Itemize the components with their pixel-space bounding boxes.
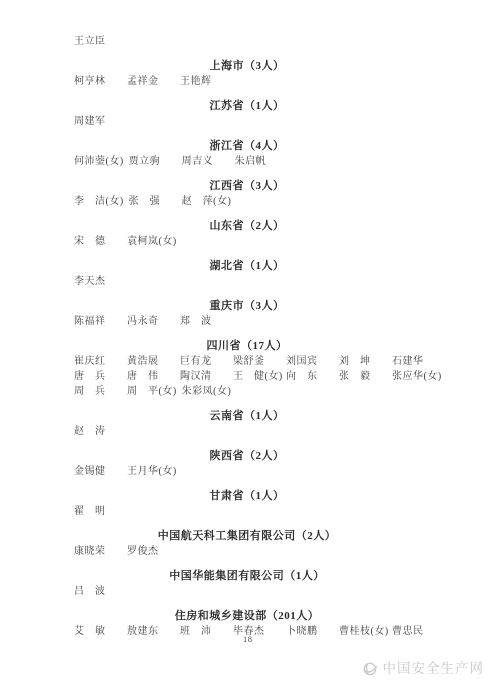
- person-name: 张 强: [129, 196, 177, 208]
- name-row: 李天杰: [74, 276, 420, 288]
- province-section: 重庆市（3人）陈福祥冯永奇郑 波: [74, 300, 420, 328]
- province-section: 湖北省（1人）李天杰: [74, 260, 420, 288]
- province-section: 江苏省（1人）周建军: [74, 100, 420, 128]
- person-name: 周 兵: [74, 386, 122, 398]
- person-name: 艾 敏: [74, 626, 122, 638]
- person-name: 卜晓鹏: [286, 626, 334, 638]
- person-name: 刘国宾: [286, 356, 334, 368]
- person-name: 袁柯岚(女): [127, 236, 177, 248]
- person-name: 唐 兵: [74, 371, 122, 383]
- province-section: 上海市（3人）柯亨林孟祥金王艳辉: [74, 60, 420, 88]
- person-name: 柯亨林: [74, 76, 122, 88]
- person-name: 刘 坤: [339, 356, 387, 368]
- province-section: 甘肃省（1人）翟 明: [74, 490, 420, 518]
- person-name: 王立臣: [74, 36, 122, 48]
- province-section: 陕西省（2人）金锡健王月华(女): [74, 450, 420, 478]
- person-name: 张 毅: [339, 371, 387, 383]
- section-heading: 住房和城乡建设部（201人）: [74, 610, 420, 623]
- person-name: 贾立驹: [129, 156, 177, 168]
- person-name: 黄浩展: [127, 356, 175, 368]
- section-heading: 中国华能集团有限公司（1人）: [74, 570, 420, 583]
- person-name: 赵 涛: [74, 426, 122, 438]
- province-section: 中国华能集团有限公司（1人）吕 波: [74, 570, 420, 598]
- person-name: 朱彩凤(女): [182, 386, 232, 398]
- province-section: 浙江省（4人）何沛蓥(女)贾立驹周吉义朱启帆: [74, 140, 420, 168]
- person-name: 班 沛: [180, 626, 228, 638]
- name-row: 宋 德袁柯岚(女): [74, 236, 420, 248]
- section-heading: 陕西省（2人）: [74, 450, 420, 463]
- person-name: 李 洁(女): [74, 196, 124, 208]
- province-section: 中国航天科工集团有限公司（2人）康晓荣罗俊杰: [74, 530, 420, 558]
- person-name: 毕春杰: [233, 626, 281, 638]
- name-row: 康晓荣罗俊杰: [74, 546, 420, 558]
- name-row: 吕 波: [74, 586, 420, 598]
- province-section: 云南省（1人）赵 涛: [74, 410, 420, 438]
- name-row: 赵 涛: [74, 426, 420, 438]
- section-heading: 四川省（17人）: [74, 340, 420, 353]
- section-heading: 重庆市（3人）: [74, 300, 420, 313]
- person-name: 郑 波: [180, 316, 228, 328]
- name-row: 翟 明: [74, 506, 420, 518]
- person-name: 张应华(女): [392, 371, 440, 383]
- person-name: 李天杰: [74, 276, 122, 288]
- person-name: 陶汉清: [180, 371, 228, 383]
- person-name: 向 东: [286, 371, 334, 383]
- person-name: 赵 萍(女): [182, 196, 232, 208]
- person-name: 敖建东: [127, 626, 175, 638]
- name-row: 周 兵周 平(女)朱彩凤(女): [74, 386, 420, 398]
- name-row: 王立臣: [74, 36, 420, 48]
- name-row: 陈福祥冯永奇郑 波: [74, 316, 420, 328]
- person-name: 王艳辉: [180, 76, 228, 88]
- person-name: 周 平(女): [127, 386, 177, 398]
- name-row: 李 洁(女)张 强赵 萍(女): [74, 196, 420, 208]
- person-name: 王 健(女): [233, 371, 281, 383]
- section-heading: 上海市（3人）: [74, 60, 420, 73]
- person-name: 曹桂枝(女): [339, 626, 387, 638]
- section-heading: 浙江省（4人）: [74, 140, 420, 153]
- name-row: 崔庆红黄浩展巨有龙梁舒釜刘国宾刘 坤石建华: [74, 356, 420, 368]
- person-name: 孟祥金: [127, 76, 175, 88]
- person-name: 冯永奇: [127, 316, 175, 328]
- person-name: 周建军: [74, 116, 122, 128]
- person-name: 罗俊杰: [127, 546, 175, 558]
- section-heading: 江苏省（1人）: [74, 100, 420, 113]
- person-name: 石建华: [392, 356, 440, 368]
- province-section: 四川省（17人）崔庆红黄浩展巨有龙梁舒釜刘国宾刘 坤石建华唐 兵唐 伟陶汉清王 …: [74, 340, 420, 398]
- name-row: 唐 兵唐 伟陶汉清王 健(女)向 东张 毅张应华(女): [74, 371, 420, 383]
- province-section: 江西省（3人）李 洁(女)张 强赵 萍(女): [74, 180, 420, 208]
- section-heading: 湖北省（1人）: [74, 260, 420, 273]
- person-name: 王月华(女): [127, 466, 177, 478]
- page-number: 18: [243, 634, 253, 644]
- section-heading: 甘肃省（1人）: [74, 490, 420, 503]
- person-name: 宋 德: [74, 236, 122, 248]
- person-name: 朱启帆: [235, 156, 283, 168]
- person-name: 唐 伟: [127, 371, 175, 383]
- person-name: 曹忠民: [392, 626, 440, 638]
- section-heading: 中国航天科工集团有限公司（2人）: [74, 530, 420, 543]
- document-page: 王立臣 上海市（3人）柯亨林孟祥金王艳辉江苏省（1人）周建军浙江省（4人）何沛蓥…: [0, 0, 500, 693]
- person-name: 梁舒釜: [233, 356, 281, 368]
- name-row: 周建军: [74, 116, 420, 128]
- section-heading: 江西省（3人）: [74, 180, 420, 193]
- section-heading: 山东省（2人）: [74, 220, 420, 233]
- person-name: 崔庆红: [74, 356, 122, 368]
- name-row: 何沛蓥(女)贾立驹周吉义朱启帆: [74, 156, 420, 168]
- person-name: 吕 波: [74, 586, 122, 598]
- person-name: 何沛蓥(女): [74, 156, 124, 168]
- person-name: 康晓荣: [74, 546, 122, 558]
- person-name: 陈福祥: [74, 316, 122, 328]
- watermark-text: 中国安全生产网: [383, 661, 485, 677]
- person-name: 巨有龙: [180, 356, 228, 368]
- province-section: 山东省（2人）宋 德袁柯岚(女): [74, 220, 420, 248]
- person-name: 翟 明: [74, 506, 122, 518]
- section-heading: 云南省（1人）: [74, 410, 420, 423]
- person-name: 金锡健: [74, 466, 122, 478]
- person-name: 周吉义: [182, 156, 230, 168]
- name-row: 柯亨林孟祥金王艳辉: [74, 76, 420, 88]
- name-row: 金锡健王月华(女): [74, 466, 420, 478]
- site-watermark: 中国安全生产网: [362, 661, 485, 677]
- globe-swirl-icon: [362, 661, 378, 677]
- sections-container: 王立臣 上海市（3人）柯亨林孟祥金王艳辉江苏省（1人）周建军浙江省（4人）何沛蓥…: [74, 36, 420, 638]
